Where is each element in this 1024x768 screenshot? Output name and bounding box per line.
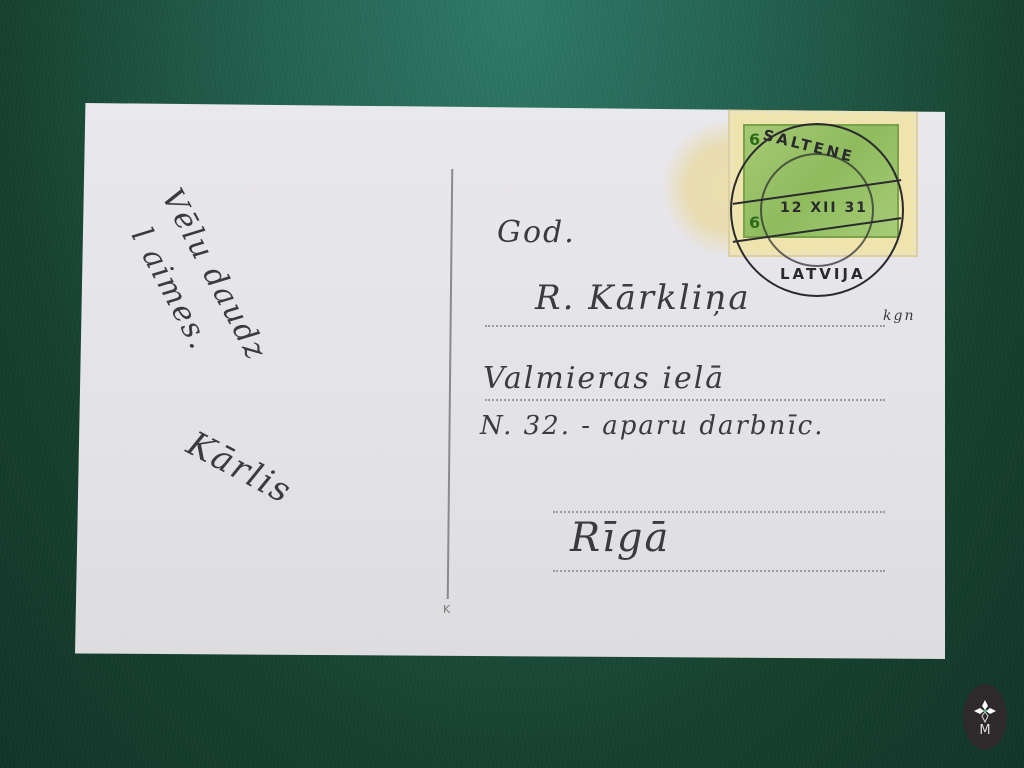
- flower-cross-logo-icon: [972, 698, 998, 724]
- watermark-badge: M: [963, 684, 1007, 750]
- address-salutation: God.: [497, 215, 576, 250]
- signature: Kārlis: [180, 424, 299, 512]
- address-recipient-suffix: kgn: [883, 308, 915, 324]
- postmark-date: 12 XII 31: [780, 200, 868, 216]
- divider-mark: K: [443, 603, 450, 616]
- postmark: SALTENE 12 XII 31 LATVIJA: [730, 123, 904, 297]
- address-recipient: R. Kārkliņa: [535, 278, 751, 318]
- message-block: Vēlu daudz l aimes.: [114, 183, 274, 388]
- address-line-4: [553, 570, 885, 572]
- center-divider-line: [447, 169, 454, 599]
- address-line-2: [485, 399, 885, 401]
- address-house-line: N. 32. - aparu darbnīc.: [480, 411, 824, 441]
- watermark-letter: M: [979, 724, 990, 737]
- address-line-3: [553, 511, 885, 513]
- postcard: Vēlu daudz l aimes. Kārlis K 6 6 SALTENE…: [75, 103, 945, 659]
- address-line-1: [485, 325, 885, 327]
- address-city: Rīgā: [570, 515, 670, 561]
- address-street: Valmieras ielā: [483, 361, 725, 396]
- postmark-country: LATVIJA: [780, 265, 866, 283]
